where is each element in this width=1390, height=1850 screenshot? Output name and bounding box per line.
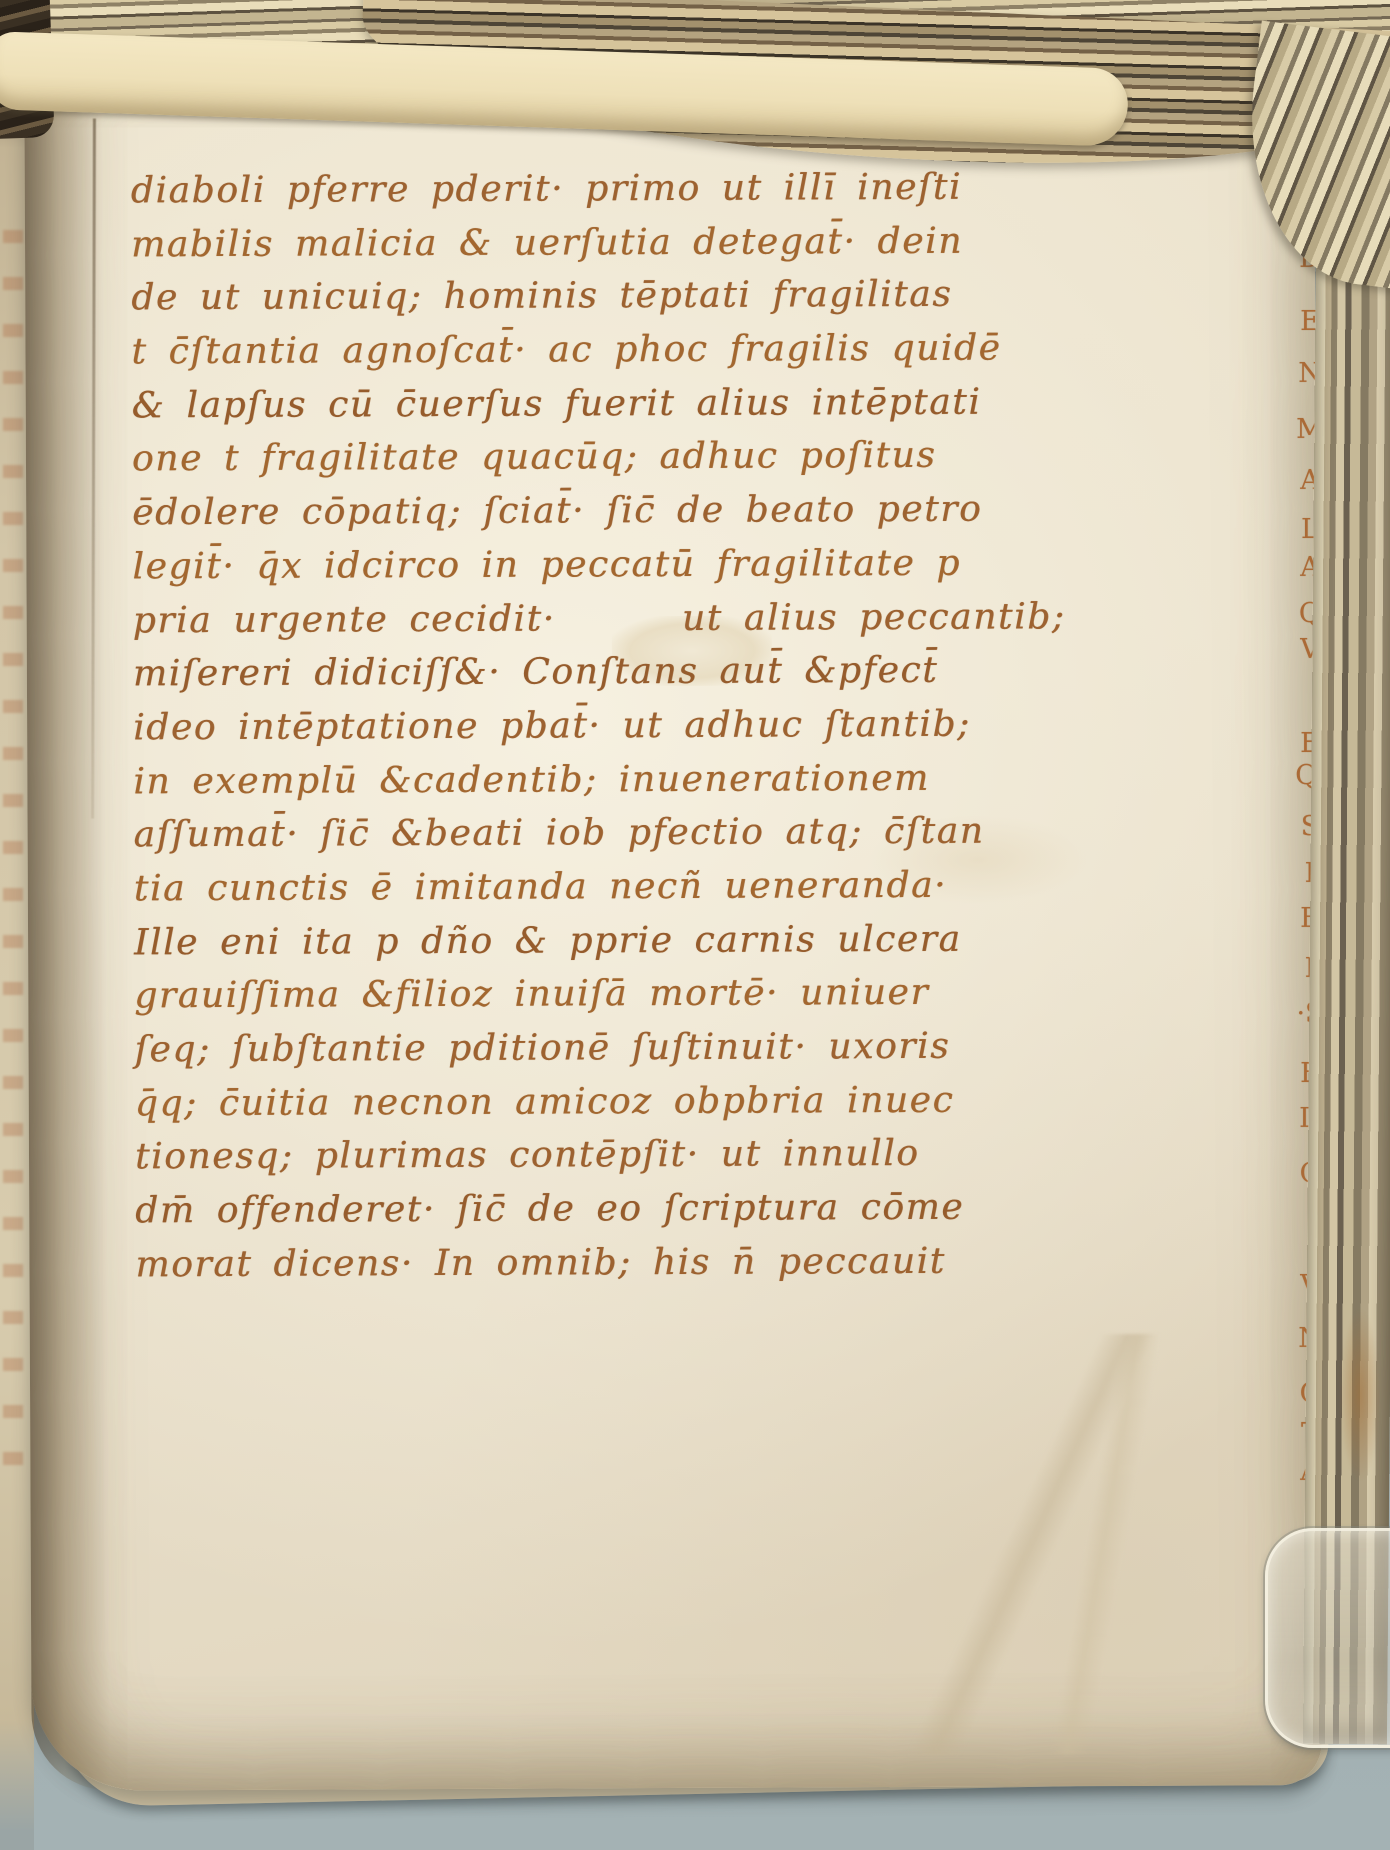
text-line: q̄q; c̄uitia necnon amicoz obpbria inuec <box>135 1075 1070 1133</box>
text-block: diaboli pferre pderit· primo ut illī ine… <box>131 162 1071 1294</box>
text-line: de ut unicuiq; hominis tēptati fragilita… <box>131 270 1066 328</box>
text-line: diaboli pferre pderit· primo ut illī ine… <box>131 162 1066 220</box>
fore-edge-stain <box>1340 1310 1380 1480</box>
text-line: ſeq; ſubſtantie pditionē ſuſtinuit· uxor… <box>134 1021 1069 1079</box>
bookmark-tab <box>1265 1528 1390 1748</box>
manuscript-page: 77 diaboli pferre pderit· primo ut illī … <box>24 53 1322 1791</box>
text-line: in exemplū &cadentib; inuenerationem <box>133 753 1068 811</box>
manuscript-photo: 77 diaboli pferre pderit· primo ut illī … <box>0 0 1390 1850</box>
text-line: morat dicens· In omnib; his n̄ peccauit <box>135 1236 1070 1294</box>
text-line: ēdolere cōpatiq; ſciat̄· ſic̄ de beato p… <box>132 484 1067 542</box>
text-line: tionesq; plurimas contēpſit· ut innullo <box>135 1129 1070 1187</box>
parchment-wrinkle <box>790 1333 1272 1755</box>
text-line: grauiſſima &filioz inuiſā mortē· uniuer <box>134 968 1069 1026</box>
text-line: dm̄ offenderet· ſic̄ de eo ſcriptura cōm… <box>135 1182 1070 1240</box>
text-line: miſereri didiciſſ&· Conſtans aut̄ &pfect… <box>133 645 1068 703</box>
book-fore-edge <box>1303 118 1390 1745</box>
text-line: mabilis malicia & uerſutia detegat̄· dei… <box>131 216 1066 274</box>
gutter-shadow <box>24 58 110 1790</box>
text-line: tia cunctis ē imitanda necñ ueneranda· <box>134 860 1069 918</box>
text-line: ideo intēptatione pbat̄· ut adhuc ſtanti… <box>133 699 1068 757</box>
previous-page-ghost-text <box>3 230 23 1480</box>
text-line: legit̄· q̄x idcirco in peccatū fragilita… <box>132 538 1067 596</box>
text-line: aſſumat̄· ſic̄ &beati iob pfectio atq; c… <box>134 807 1069 865</box>
text-line: & lapſus cū c̄uerſus fuerit alius intēpt… <box>132 377 1067 435</box>
text-line: pria urgente cecidit· ut alius peccantib… <box>133 592 1068 650</box>
text-line: Ille eni ita p dño & pprie carnis ulcera <box>134 914 1069 972</box>
text-line: t c̄ſtantia agnoſcat̄· ac phoc fragilis … <box>131 323 1066 381</box>
text-line: one t fragilitate quacūq; adhuc poſitus <box>132 431 1067 489</box>
